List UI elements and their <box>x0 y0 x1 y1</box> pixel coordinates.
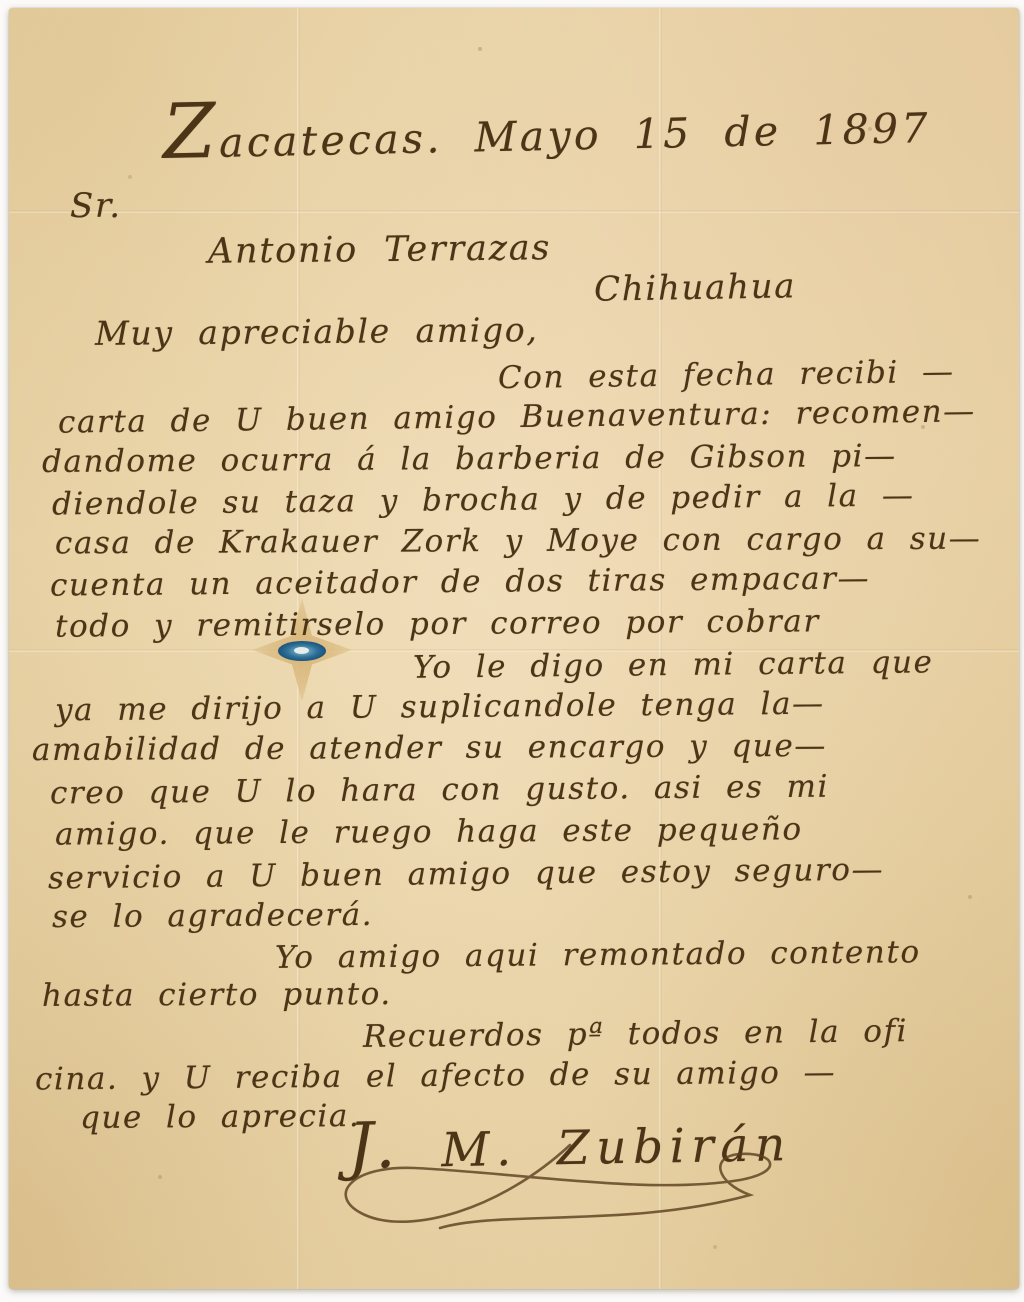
letter-line: cina. y U reciba el afecto de su amigo — <box>35 1055 836 1098</box>
letter-line: ya me dirijo a U suplicandole tenga la— <box>55 686 825 729</box>
letter-line: Yo amigo aqui remontado contento <box>275 934 921 976</box>
letter-line: casa de Krakauer Zork y Moye con cargo a… <box>55 521 981 562</box>
signature-flourish <box>320 1140 800 1240</box>
letter-line: hasta cierto punto. <box>42 976 392 1014</box>
addressee-name: Antonio Terrazas <box>208 228 552 272</box>
fold-crease-horizontal-top <box>9 210 1019 213</box>
letter-line: cuenta un aceitador de dos tiras empacar… <box>50 560 870 603</box>
letter-line: todo y remitirselo por correo por cobrar <box>55 603 820 644</box>
letter-line: amabilidad de atender su encargo y que— <box>32 728 827 768</box>
scanned-letter: Zacatecas. Mayo 15 de 1897 Sr. Antonio T… <box>0 0 1024 1302</box>
letter-line: amigo. que le ruego haga este pequeño <box>55 811 803 852</box>
letter-line: que lo aprecia. <box>80 1098 361 1136</box>
addressee-prefix: Sr. <box>70 186 122 226</box>
letter-line: Yo le digo en mi carta que <box>413 644 934 685</box>
salutation: Muy apreciable amigo, <box>95 310 539 353</box>
letter-line: dandome ocurra á la barberia de Gibson p… <box>42 438 897 480</box>
letter-line: se lo agradecerá. <box>52 897 373 935</box>
letter-line: creo que U lo hara con gusto. asi es mi <box>50 769 829 812</box>
letter-line: Con esta fecha recibi — <box>498 354 955 396</box>
ink-blot-stain-core <box>294 647 309 654</box>
letter-line: Recuerdos pª todos en la ofi <box>363 1013 908 1055</box>
addressee-city: Chihuahua <box>594 266 797 310</box>
foxing-specks <box>9 8 11 10</box>
